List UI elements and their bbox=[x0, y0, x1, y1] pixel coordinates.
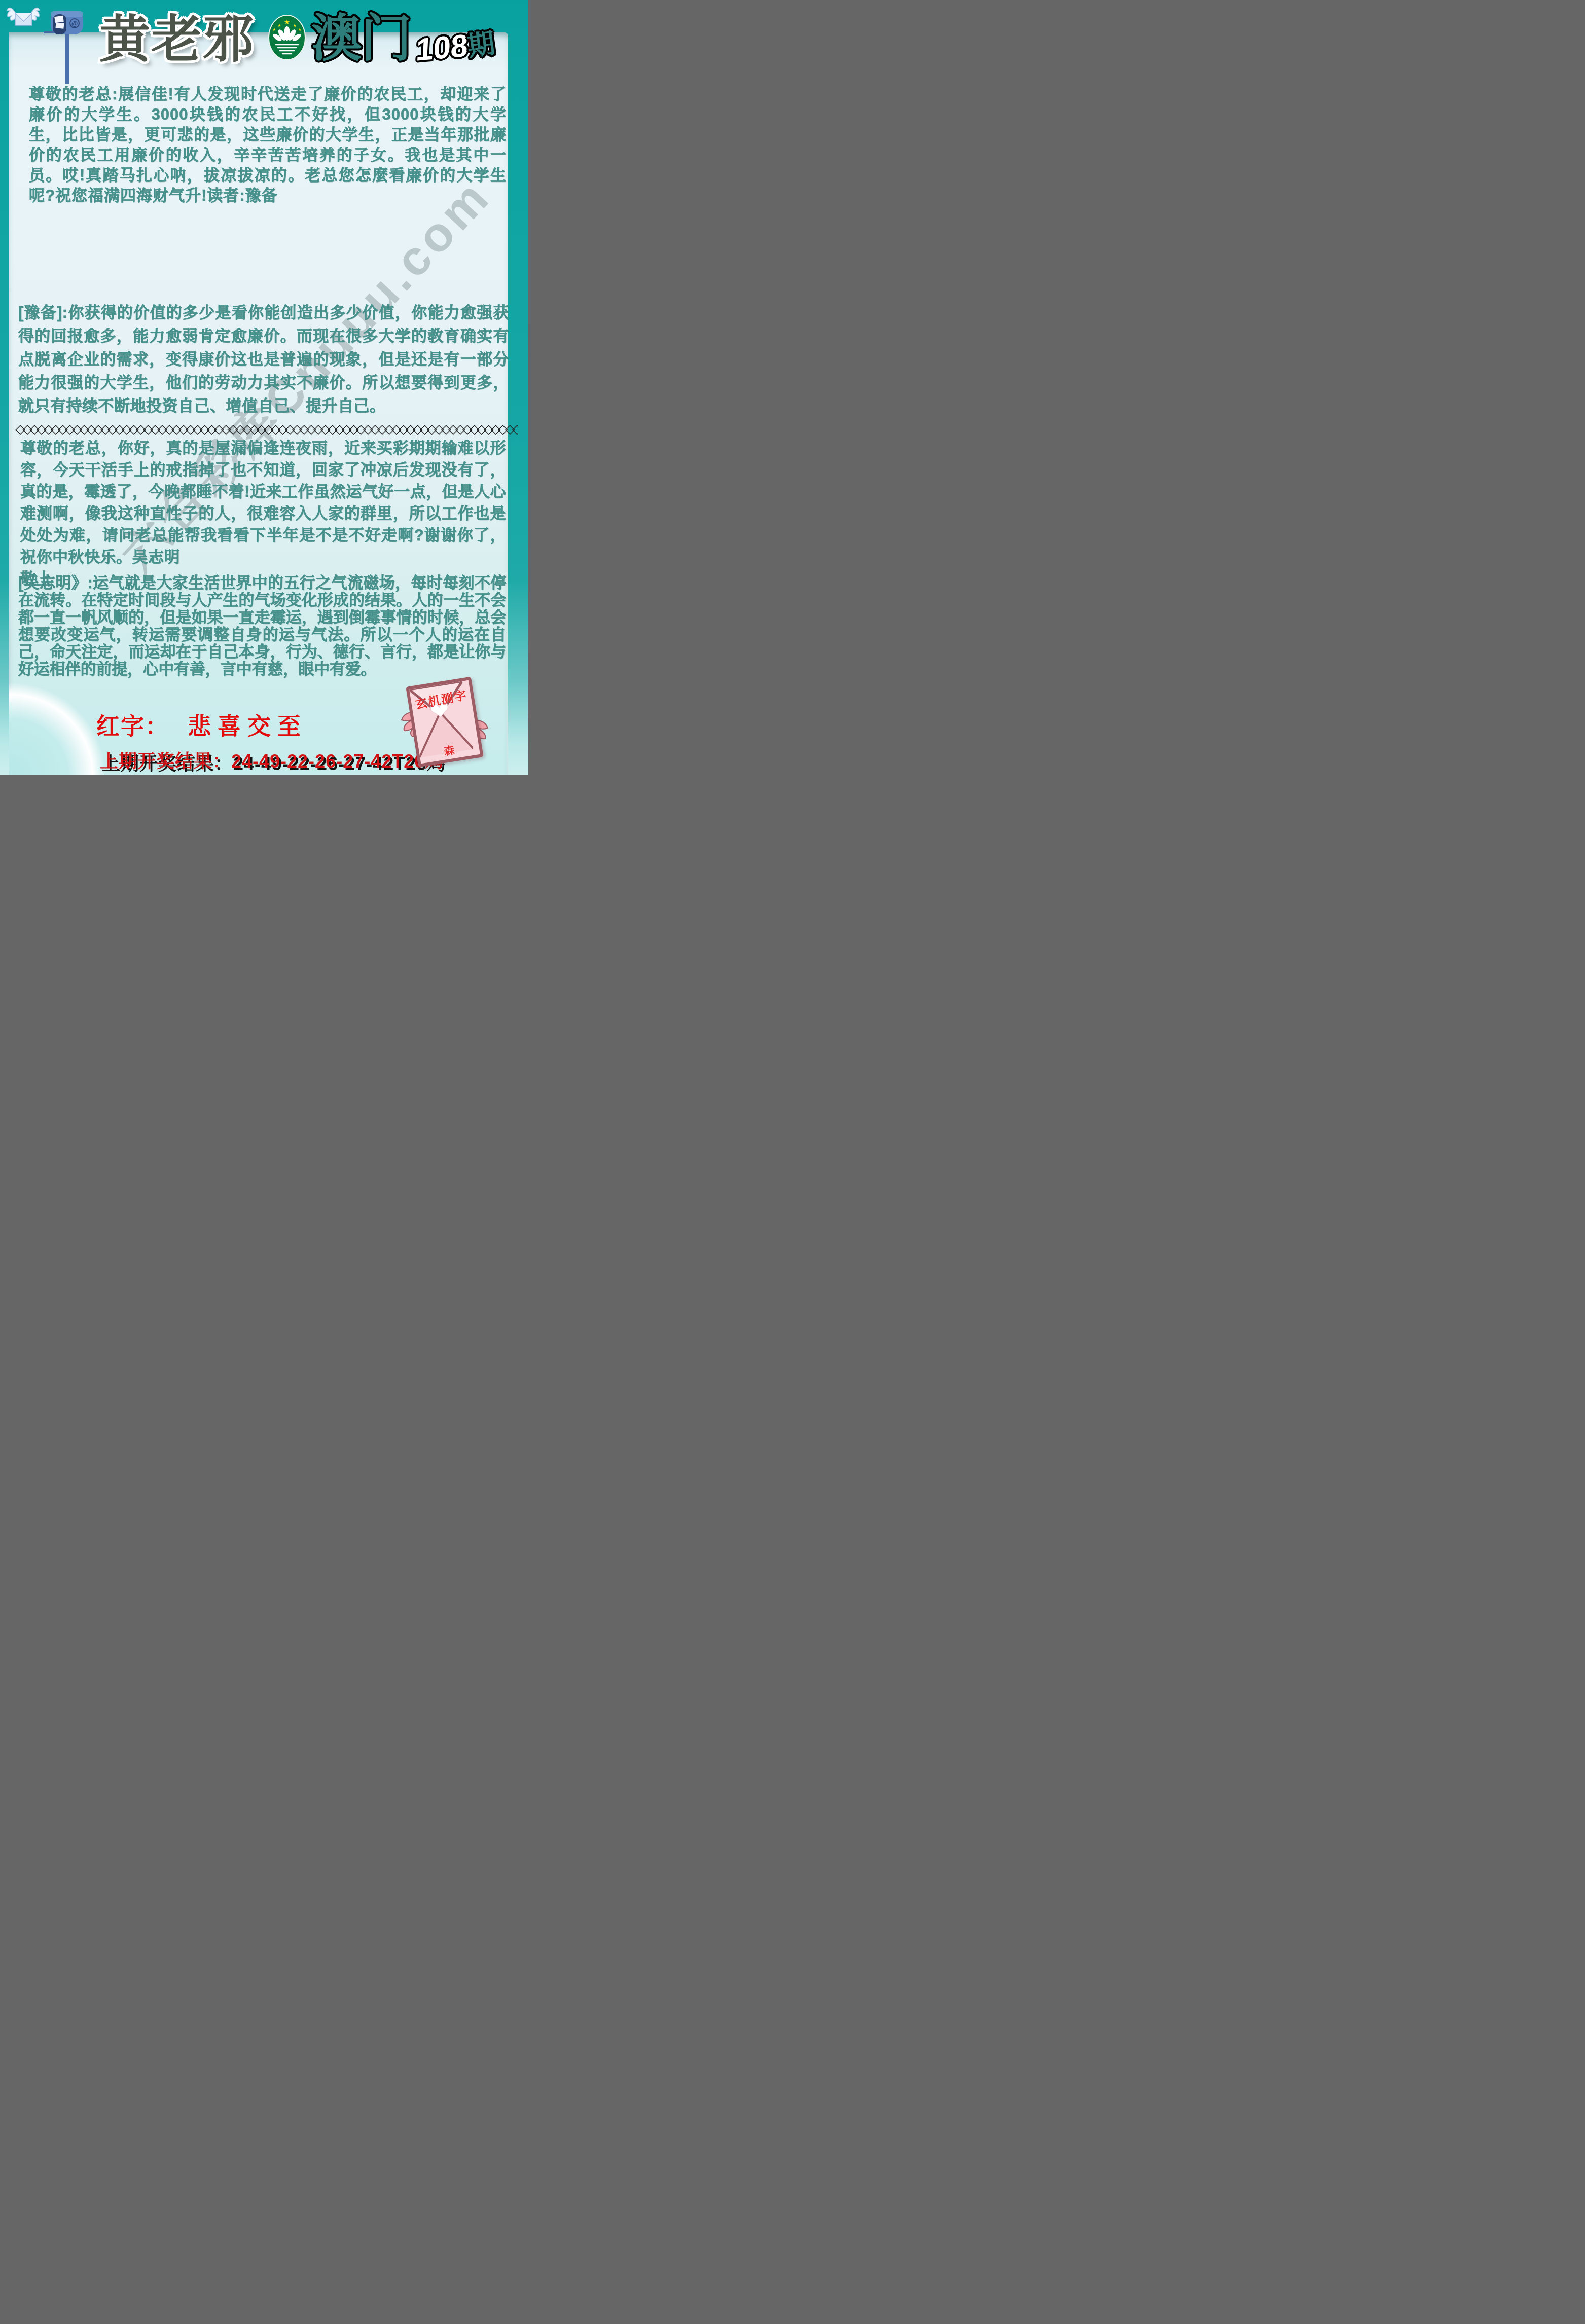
brand-title: 黄老邪 bbox=[99, 14, 255, 65]
red-word-label: 红字： bbox=[96, 713, 169, 739]
red-word-line: 红字：悲喜交至 bbox=[96, 708, 307, 741]
region-title: 澳门 bbox=[311, 13, 411, 64]
result-label: 上期开奖结果： bbox=[100, 751, 231, 772]
editor-reply-1: [豫备]:你获得的价值的多少是看你能创造出多少价值，你能力愈强获得的回报愈多，能… bbox=[18, 301, 509, 418]
reader-letter-1: 尊敬的老总:展信佳!有人发现时代送走了廉价的农民工，却迎来了廉价的大学生。300… bbox=[29, 84, 507, 206]
envelope-body: 玄机测字 森 bbox=[406, 677, 483, 767]
reader-letter-2: 尊敬的老总，你好，真的是屋漏偏逢连夜雨，近来买彩期期输难以形容，今天干活手上的戒… bbox=[20, 437, 506, 590]
svg-text:★: ★ bbox=[277, 23, 281, 28]
svg-text:★: ★ bbox=[298, 27, 301, 32]
mystery-envelope: 玄机测字 森 bbox=[404, 680, 485, 767]
mailbox-icon: @ bbox=[44, 8, 85, 85]
winged-envelope-icon bbox=[6, 3, 42, 28]
svg-text:@: @ bbox=[71, 20, 78, 27]
editor-reply-2: [吴志明》:运气就是大家生活世界中的五行之气流磁场，每时每刻不停在流转。在特定时… bbox=[18, 574, 506, 678]
last-draw-result: 上期开奖结果：24-49-22-26-27-42T20鸡 bbox=[100, 747, 444, 773]
zigzag-divider: ◇◇◇◇◇◇◇◇◇◇◇◇◇◇◇◇◇◇◇◇◇◇◇◇◇◇◇◇◇◇◇◇◇◇◇◇◇◇◇◇… bbox=[15, 422, 518, 435]
svg-text:★: ★ bbox=[272, 27, 276, 32]
issue-suffix: 期 bbox=[466, 30, 497, 61]
poster-canvas: 六合彩库Cnuuu.com @ 黄老邪 ★ ★ ★ ★ bbox=[0, 0, 528, 775]
macau-lotus-logo: ★ ★ ★ ★ ★ bbox=[268, 14, 306, 61]
issue-number: 108 bbox=[415, 30, 469, 66]
red-word-value: 悲喜交至 bbox=[188, 713, 307, 739]
svg-text:★: ★ bbox=[293, 23, 296, 28]
svg-text:★: ★ bbox=[284, 18, 290, 26]
